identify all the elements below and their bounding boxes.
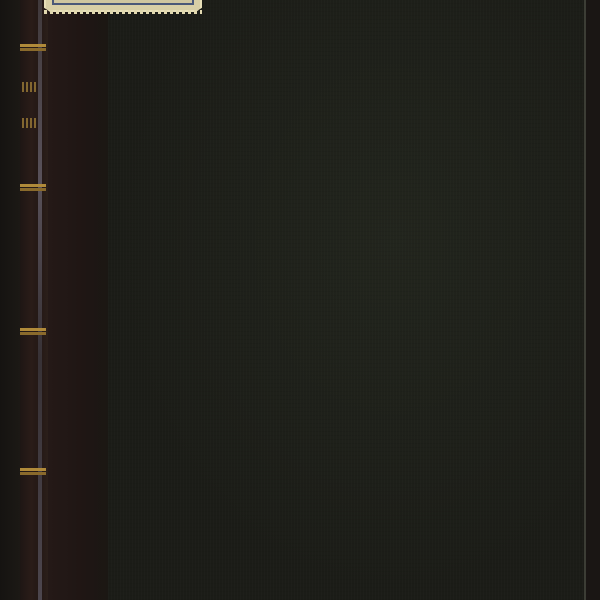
cloth-cover: [108, 0, 584, 600]
spine-hinge: [38, 0, 42, 600]
gilt-band: [20, 184, 46, 187]
label-border: [52, 0, 194, 5]
gilt-tooling: [22, 82, 38, 92]
gilt-band: [20, 468, 46, 471]
book-cover-photo: [0, 0, 600, 600]
label-fringe: [44, 10, 202, 14]
board-side: [586, 0, 600, 600]
gilt-band: [20, 328, 46, 331]
gilt-tooling: [22, 118, 38, 128]
leather-corner: [48, 0, 108, 600]
page-edge: [0, 0, 20, 600]
gilt-band: [20, 44, 46, 47]
